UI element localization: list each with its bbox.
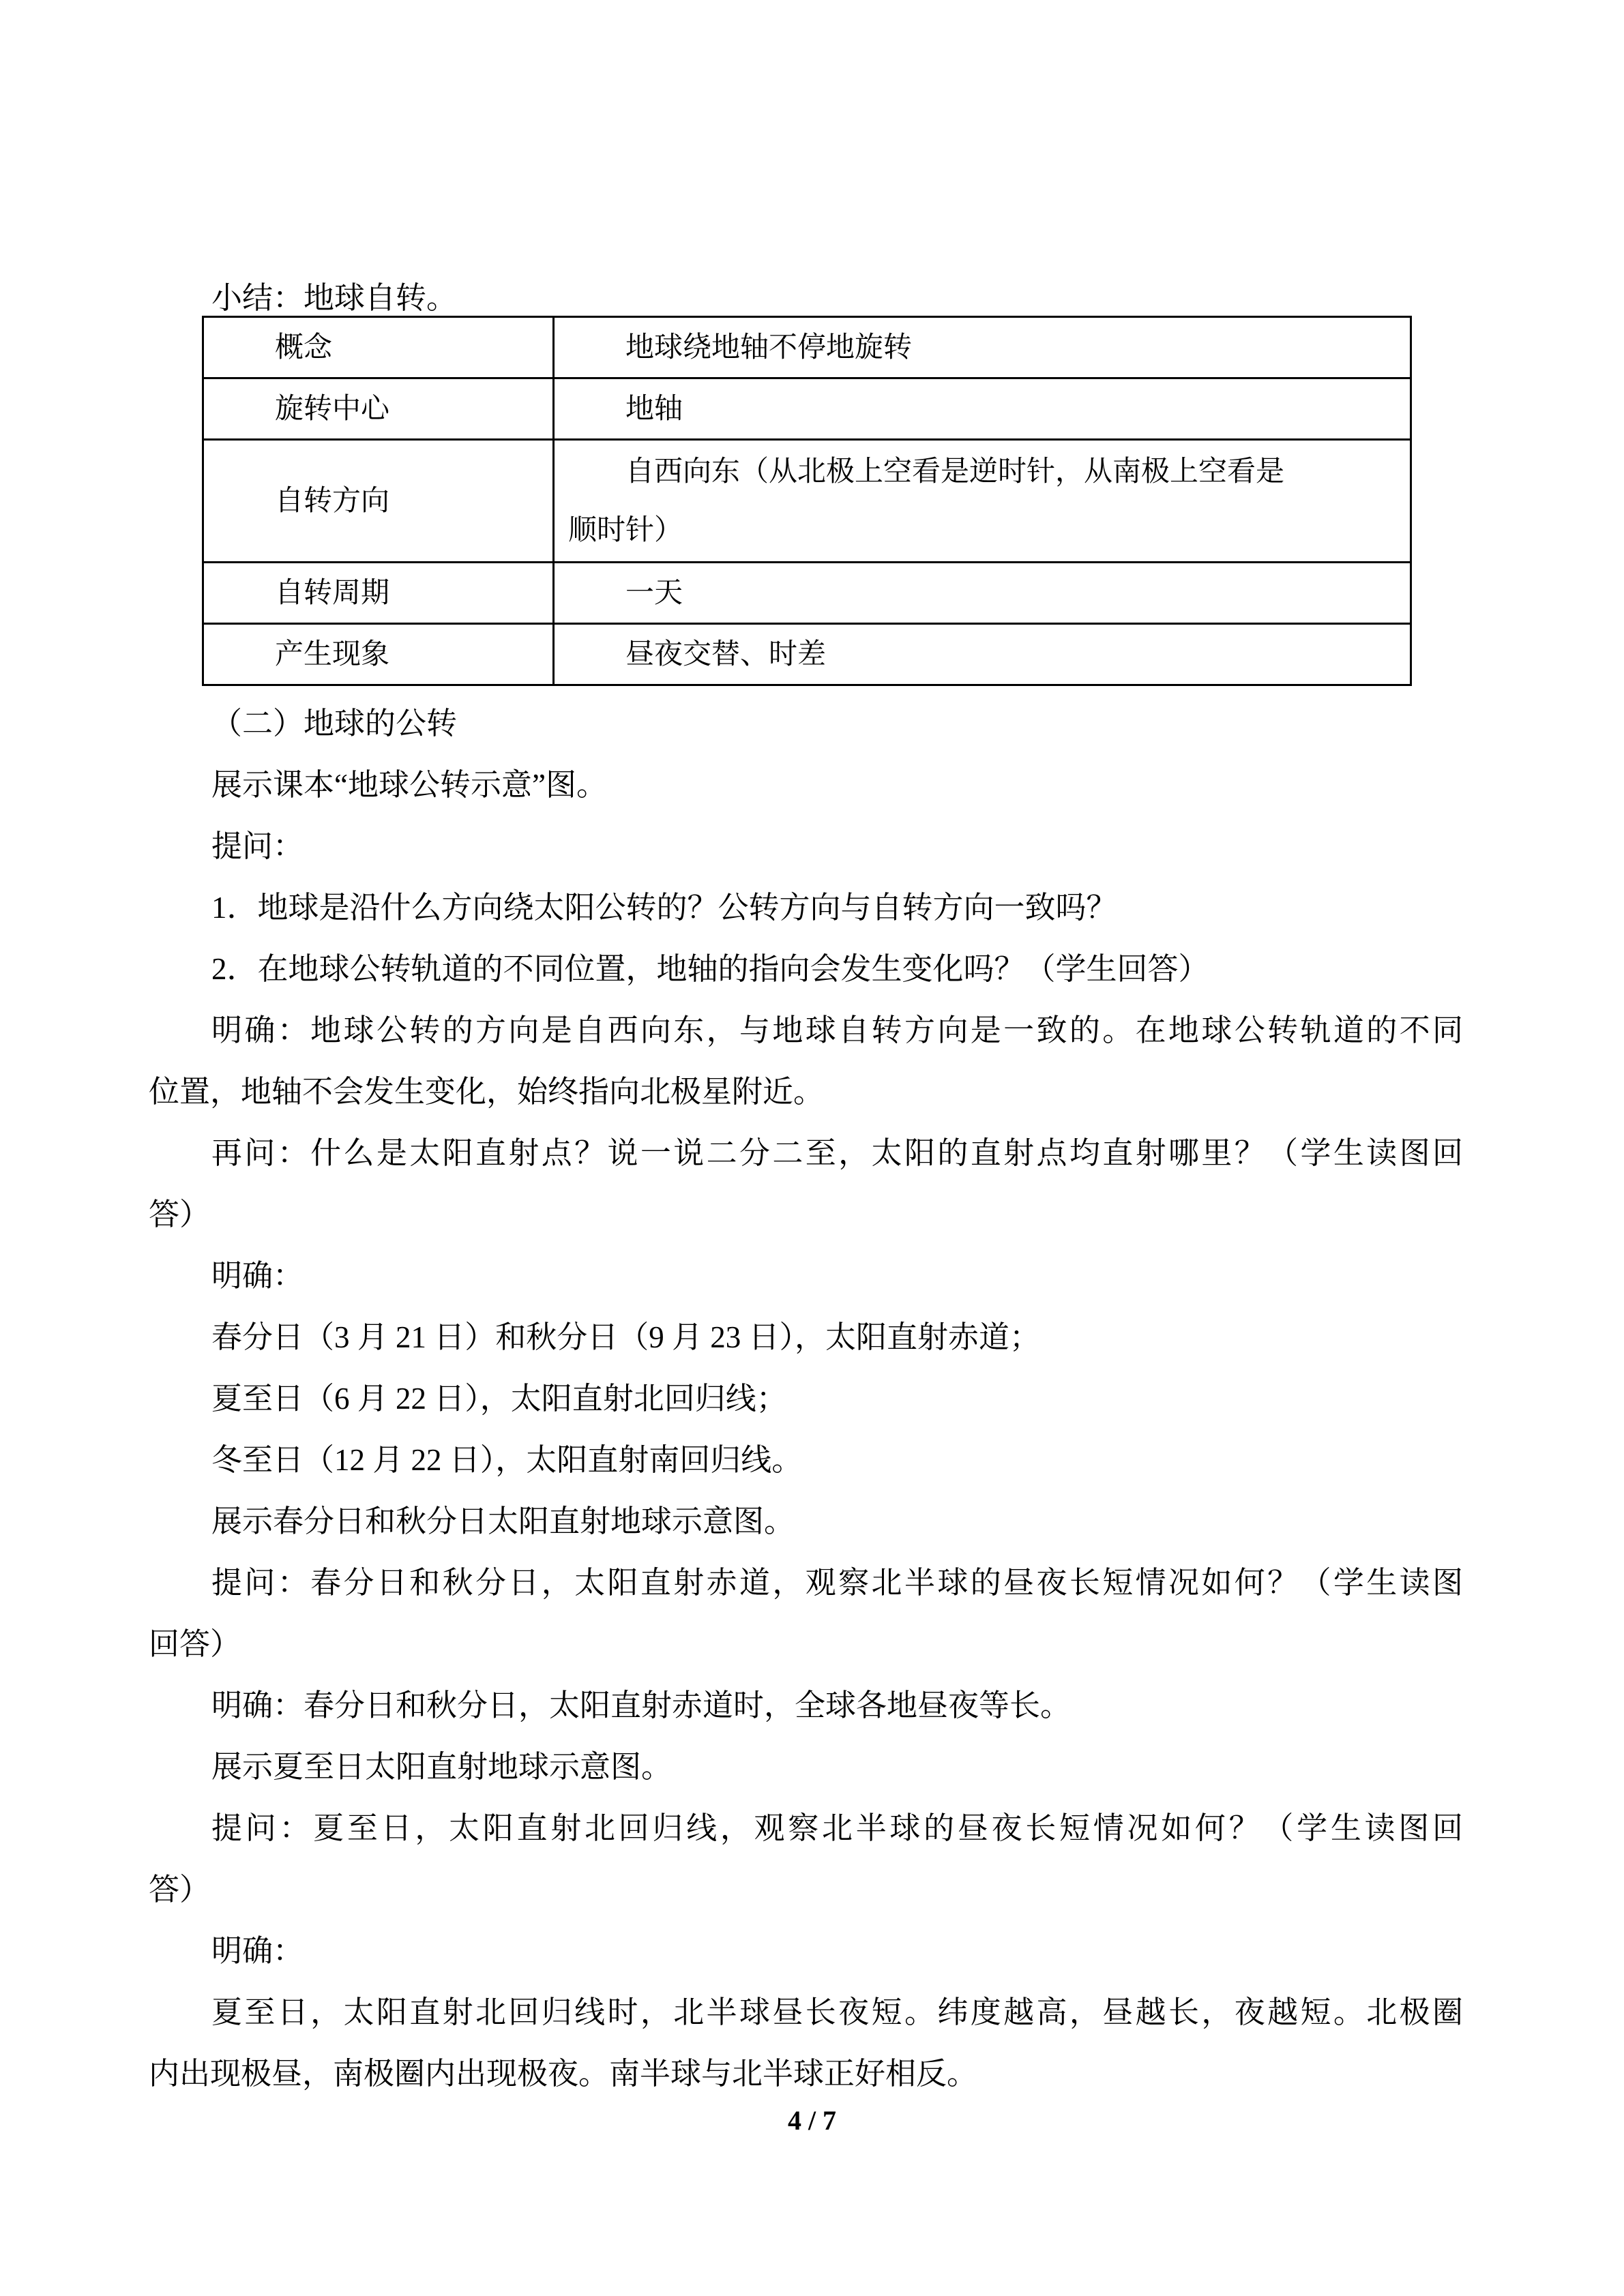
cell-line: 产生现象 xyxy=(204,625,552,684)
cell-line: 自转周期 xyxy=(204,564,552,623)
body-line: 夏至日，太阳直射北回归线时，北半球昼长夜短。纬度越高，昼越长，夜越短。北极圈 xyxy=(149,1982,1463,2043)
body-line: 提问：夏至日，太阳直射北回归线，观察北半球的昼夜长短情况如何？（学生读图回 xyxy=(149,1798,1463,1859)
body-line: （二）地球的公转 xyxy=(149,693,1463,754)
cell-line: 昼夜交替、时差 xyxy=(555,625,1410,684)
cell-line: 一天 xyxy=(555,564,1410,623)
cell-line: 旋转中心 xyxy=(204,380,552,438)
cell-line: 自转方向 xyxy=(204,472,552,531)
table-row: 自转方向自西向东（从北极上空看是逆时针，从南极上空看是顺时针） xyxy=(203,440,1411,563)
table-row: 自转周期一天 xyxy=(203,563,1411,624)
body-line: 冬至日（12 月 22 日），太阳直射南回归线。 xyxy=(149,1429,1463,1491)
cell-line: 概念 xyxy=(204,318,552,377)
body-line: 答） xyxy=(149,1184,1463,1245)
table-row-label: 自转周期 xyxy=(203,563,554,624)
body-line: 位置，地轴不会发生变化，始终指向北极星附近。 xyxy=(149,1061,1463,1122)
body-line: 回答） xyxy=(149,1613,1463,1675)
body-line: 1．地球是沿什么方向绕太阳公转的？公转方向与自转方向一致吗？ xyxy=(149,877,1463,938)
cell-line: 顺时针） xyxy=(555,501,1410,560)
cell-line: 自西向东（从北极上空看是逆时针，从南极上空看是 xyxy=(555,443,1410,501)
body-line: 2．在地球公转轨道的不同位置，地轴的指向会发生变化吗？（学生回答） xyxy=(149,938,1463,1000)
table-row-label: 自转方向 xyxy=(203,440,554,563)
body-line: 展示春分日和秋分日太阳直射地球示意图。 xyxy=(149,1491,1463,1552)
document-page: 小结：地球自转。 概念地球绕地轴不停地旋转旋转中心地轴自转方向自西向东（从北极上… xyxy=(0,0,1624,2296)
body-line: 提问： xyxy=(149,816,1463,877)
page-number: 4 / 7 xyxy=(0,2091,1624,2151)
table-row-label: 旋转中心 xyxy=(203,378,554,440)
body-line: 明确： xyxy=(149,1920,1463,1982)
table-row-value: 地轴 xyxy=(554,378,1411,440)
body-line: 明确：春分日和秋分日，太阳直射赤道时，全球各地昼夜等长。 xyxy=(149,1675,1463,1736)
table-row-value: 昼夜交替、时差 xyxy=(554,624,1411,685)
table-row-value: 自西向东（从北极上空看是逆时针，从南极上空看是顺时针） xyxy=(554,440,1411,563)
cell-line: 地轴 xyxy=(555,380,1410,438)
table-row: 旋转中心地轴 xyxy=(203,378,1411,440)
earth-rotation-summary-table: 概念地球绕地轴不停地旋转旋转中心地轴自转方向自西向东（从北极上空看是逆时针，从南… xyxy=(202,316,1412,686)
body-line: 再问：什么是太阳直射点？说一说二分二至，太阳的直射点均直射哪里？（学生读图回 xyxy=(149,1122,1463,1184)
body-line: 提问：春分日和秋分日，太阳直射赤道，观察北半球的昼夜长短情况如何？（学生读图 xyxy=(149,1552,1463,1613)
table-row: 产生现象昼夜交替、时差 xyxy=(203,624,1411,685)
summary-table-body: 概念地球绕地轴不停地旋转旋转中心地轴自转方向自西向东（从北极上空看是逆时针，从南… xyxy=(203,317,1411,685)
body-line: 春分日（3 月 21 日）和秋分日（9 月 23 日），太阳直射赤道； xyxy=(149,1307,1463,1368)
body-lines: （二）地球的公转展示课本“地球公转示意”图。提问：1．地球是沿什么方向绕太阳公转… xyxy=(149,693,1463,2104)
body-line: 展示课本“地球公转示意”图。 xyxy=(149,754,1463,816)
table-row-value: 地球绕地轴不停地旋转 xyxy=(554,317,1411,378)
body-line: 答） xyxy=(149,1859,1463,1920)
table-row-label: 产生现象 xyxy=(203,624,554,685)
body-line: 明确：地球公转的方向是自西向东，与地球自转方向是一致的。在地球公转轨道的不同 xyxy=(149,1000,1463,1061)
table-row-value: 一天 xyxy=(554,563,1411,624)
body-line: 明确： xyxy=(149,1245,1463,1307)
table-row-label: 概念 xyxy=(203,317,554,378)
cell-line: 地球绕地轴不停地旋转 xyxy=(555,318,1410,377)
table-row: 概念地球绕地轴不停地旋转 xyxy=(203,317,1411,378)
body-line: 展示夏至日太阳直射地球示意图。 xyxy=(149,1736,1463,1798)
body-line: 夏至日（6 月 22 日），太阳直射北回归线； xyxy=(149,1368,1463,1429)
